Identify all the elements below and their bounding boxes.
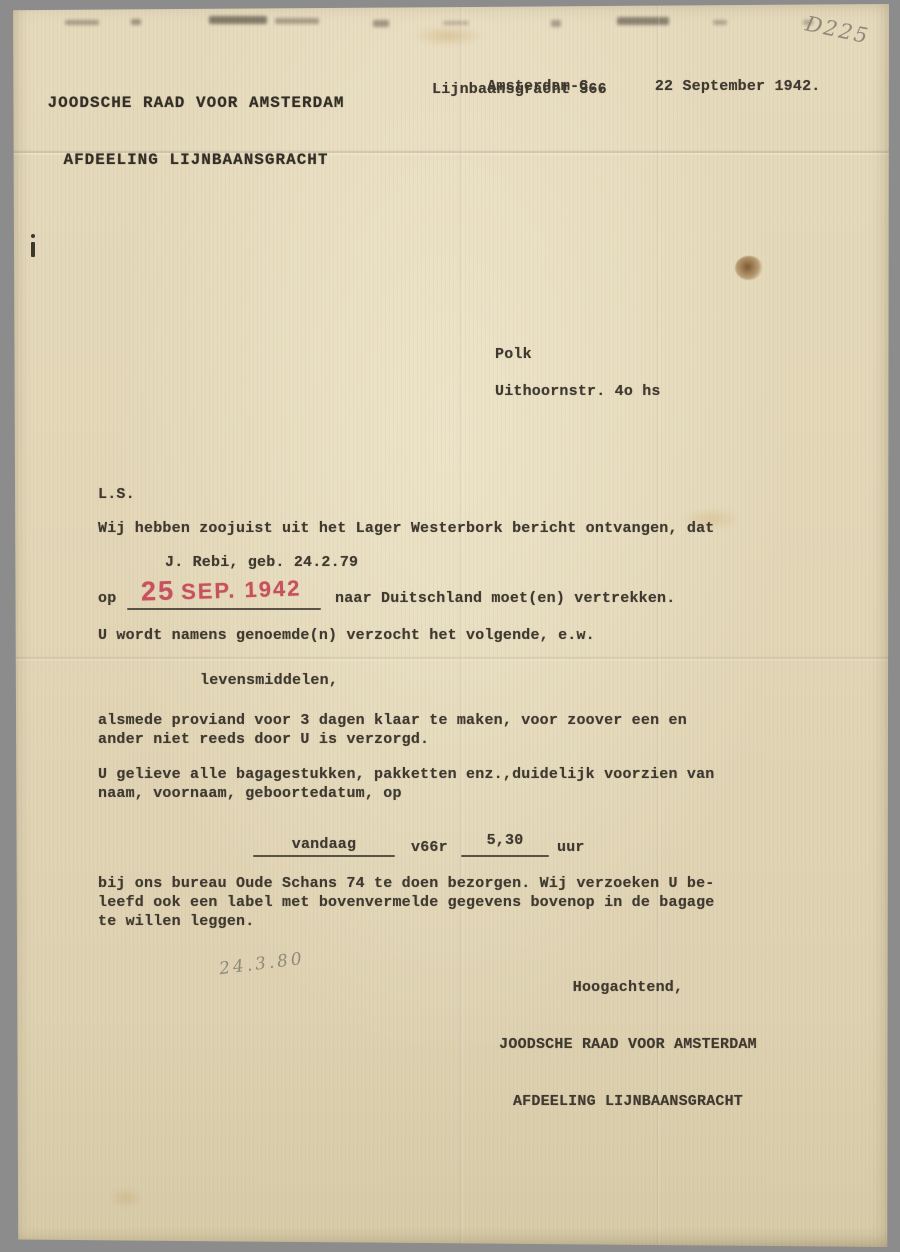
paper-stain <box>735 256 763 280</box>
body-line: te willen leggen. <box>98 912 254 931</box>
body-line: U gelieve alle bagagestukken, pakketten … <box>98 765 715 784</box>
letterhead: JOODSCHE RAAD VOOR AMSTERDAM AFDEELING L… <box>31 56 361 208</box>
pencil-date-annotation: 24.3.80 <box>218 949 306 979</box>
sender-address: Lijnbaansgracht 366 <box>432 80 607 99</box>
recipient-name: Polk <box>495 345 532 364</box>
typed-underline <box>127 608 321 610</box>
dateline-date: 22 September 1942. <box>655 78 821 95</box>
paper-sheet: D225 24.3.80 JOODSCHE RAAD VOOR AMSTERDA… <box>13 4 889 1247</box>
paper-stain <box>109 1188 143 1208</box>
body-line: alsmede proviand voor 3 dagen klaar te m… <box>98 711 687 730</box>
date-stamp-rest: SEP. 1942 <box>181 575 302 604</box>
closing-salute: Hoogachtend, <box>463 978 793 997</box>
typed-underline <box>461 855 549 857</box>
recipient-address: Uithoornstr. 4o hs <box>495 382 661 401</box>
fold-crease-horizontal <box>13 656 889 661</box>
deadline-before: v66r <box>411 838 448 857</box>
archive-code-annotation: D225 <box>803 12 871 49</box>
deadline-time: 5,30 <box>461 831 549 850</box>
typed-underline <box>253 855 395 857</box>
scanned-letter: D225 24.3.80 JOODSCHE RAAD VOOR AMSTERDA… <box>0 0 900 1252</box>
paper-stain <box>413 26 483 46</box>
deadline-when: vandaag <box>253 835 395 854</box>
body-line: U wordt namens genoemde(n) verzocht het … <box>98 626 595 645</box>
letterhead-line2: AFDEELING LIJNBAANSGRACHT <box>31 151 361 170</box>
body-line: Wij hebben zoojuist uit het Lager Wester… <box>98 519 715 538</box>
date-stamp-day: 25 <box>141 575 176 606</box>
body-line: naam, voornaam, geboortedatum, op <box>98 784 402 803</box>
salutation: L.S. <box>98 485 135 504</box>
deadline-unit: uur <box>557 838 585 857</box>
closing-block: Hoogachtend, JOODSCHE RAAD VOOR AMSTERDA… <box>463 940 793 1149</box>
body-line: bij ons bureau Oude Schans 74 te doen be… <box>98 874 715 893</box>
closing-org2: AFDEELING LIJNBAANSGRACHT <box>463 1092 793 1111</box>
body-line: leefd ook een label met bovenvermelde ge… <box>98 893 715 912</box>
body-item: levensmiddelen, <box>200 671 338 690</box>
closing-org1: JOODSCHE RAAD VOOR AMSTERDAM <box>463 1035 793 1054</box>
date-stamp: 25SEP. 1942 <box>141 571 302 607</box>
body-line: ander niet reeds door U is verzorgd. <box>98 730 429 749</box>
ink-mark <box>31 242 35 257</box>
departure-suffix: naar Duitschland moet(en) vertrekken. <box>335 589 675 608</box>
deportee-name: J. Rebi, geb. 24.2.79 <box>165 553 358 572</box>
letterhead-line1: JOODSCHE RAAD VOOR AMSTERDAM <box>31 94 361 113</box>
departure-prefix: op <box>98 589 116 608</box>
